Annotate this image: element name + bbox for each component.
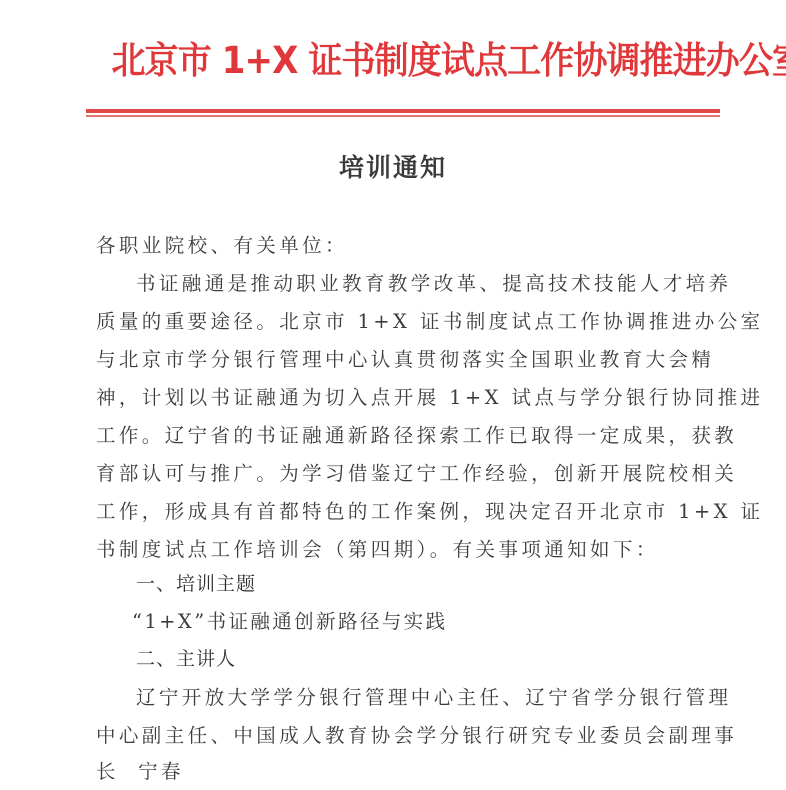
section-text-speaker: 长 宁春	[96, 758, 184, 786]
section-text-speaker: 辽宁开放大学学分银行管理中心主任、辽宁省学分银行管理	[136, 684, 731, 712]
body-line: 书制度试点工作培训会（第四期）。有关事项通知如下：	[96, 536, 659, 564]
masthead-rule-thick	[86, 109, 720, 113]
body-line: 书证融通是推动职业教育教学改革、提高技术技能人才培养	[136, 270, 731, 298]
body-line: 与北京市学分银行管理中心认真贯彻落实全国职业教育大会精	[96, 346, 714, 374]
body-line: 工作。辽宁省的书证融通新路径探索工作已取得一定成果，获教	[96, 422, 737, 450]
body-line: 育部认可与推广。为学习借鉴辽宁工作经验，创新开展院校相关	[96, 460, 737, 488]
section-text-speaker: 中心副主任、中国成人教育协会学分银行研究专业委员会副理事	[96, 722, 737, 750]
section-heading-speaker: 二、主讲人	[136, 645, 236, 673]
body-line: 工作，形成具有首都特色的工作案例，现决定召开北京市 1+X 证	[96, 498, 763, 526]
body-line: 神，计划以书证融通为切入点开展 1+X 试点与学分银行协同推进	[96, 384, 763, 412]
salutation: 各职业院校、有关单位：	[96, 232, 348, 260]
masthead-rule-thin	[86, 115, 720, 117]
body-line: 质量的重要途径。北京市 1+X 证书制度试点工作协调推进办公室	[96, 308, 763, 336]
document-title: 培训通知	[0, 150, 786, 186]
section-text-topic: “1+X”书证融通创新路径与实践	[132, 608, 447, 636]
masthead: 北京市 1+X 证书制度试点工作协调推进办公室	[111, 36, 696, 86]
section-heading-topic: 一、培训主题	[136, 570, 256, 598]
